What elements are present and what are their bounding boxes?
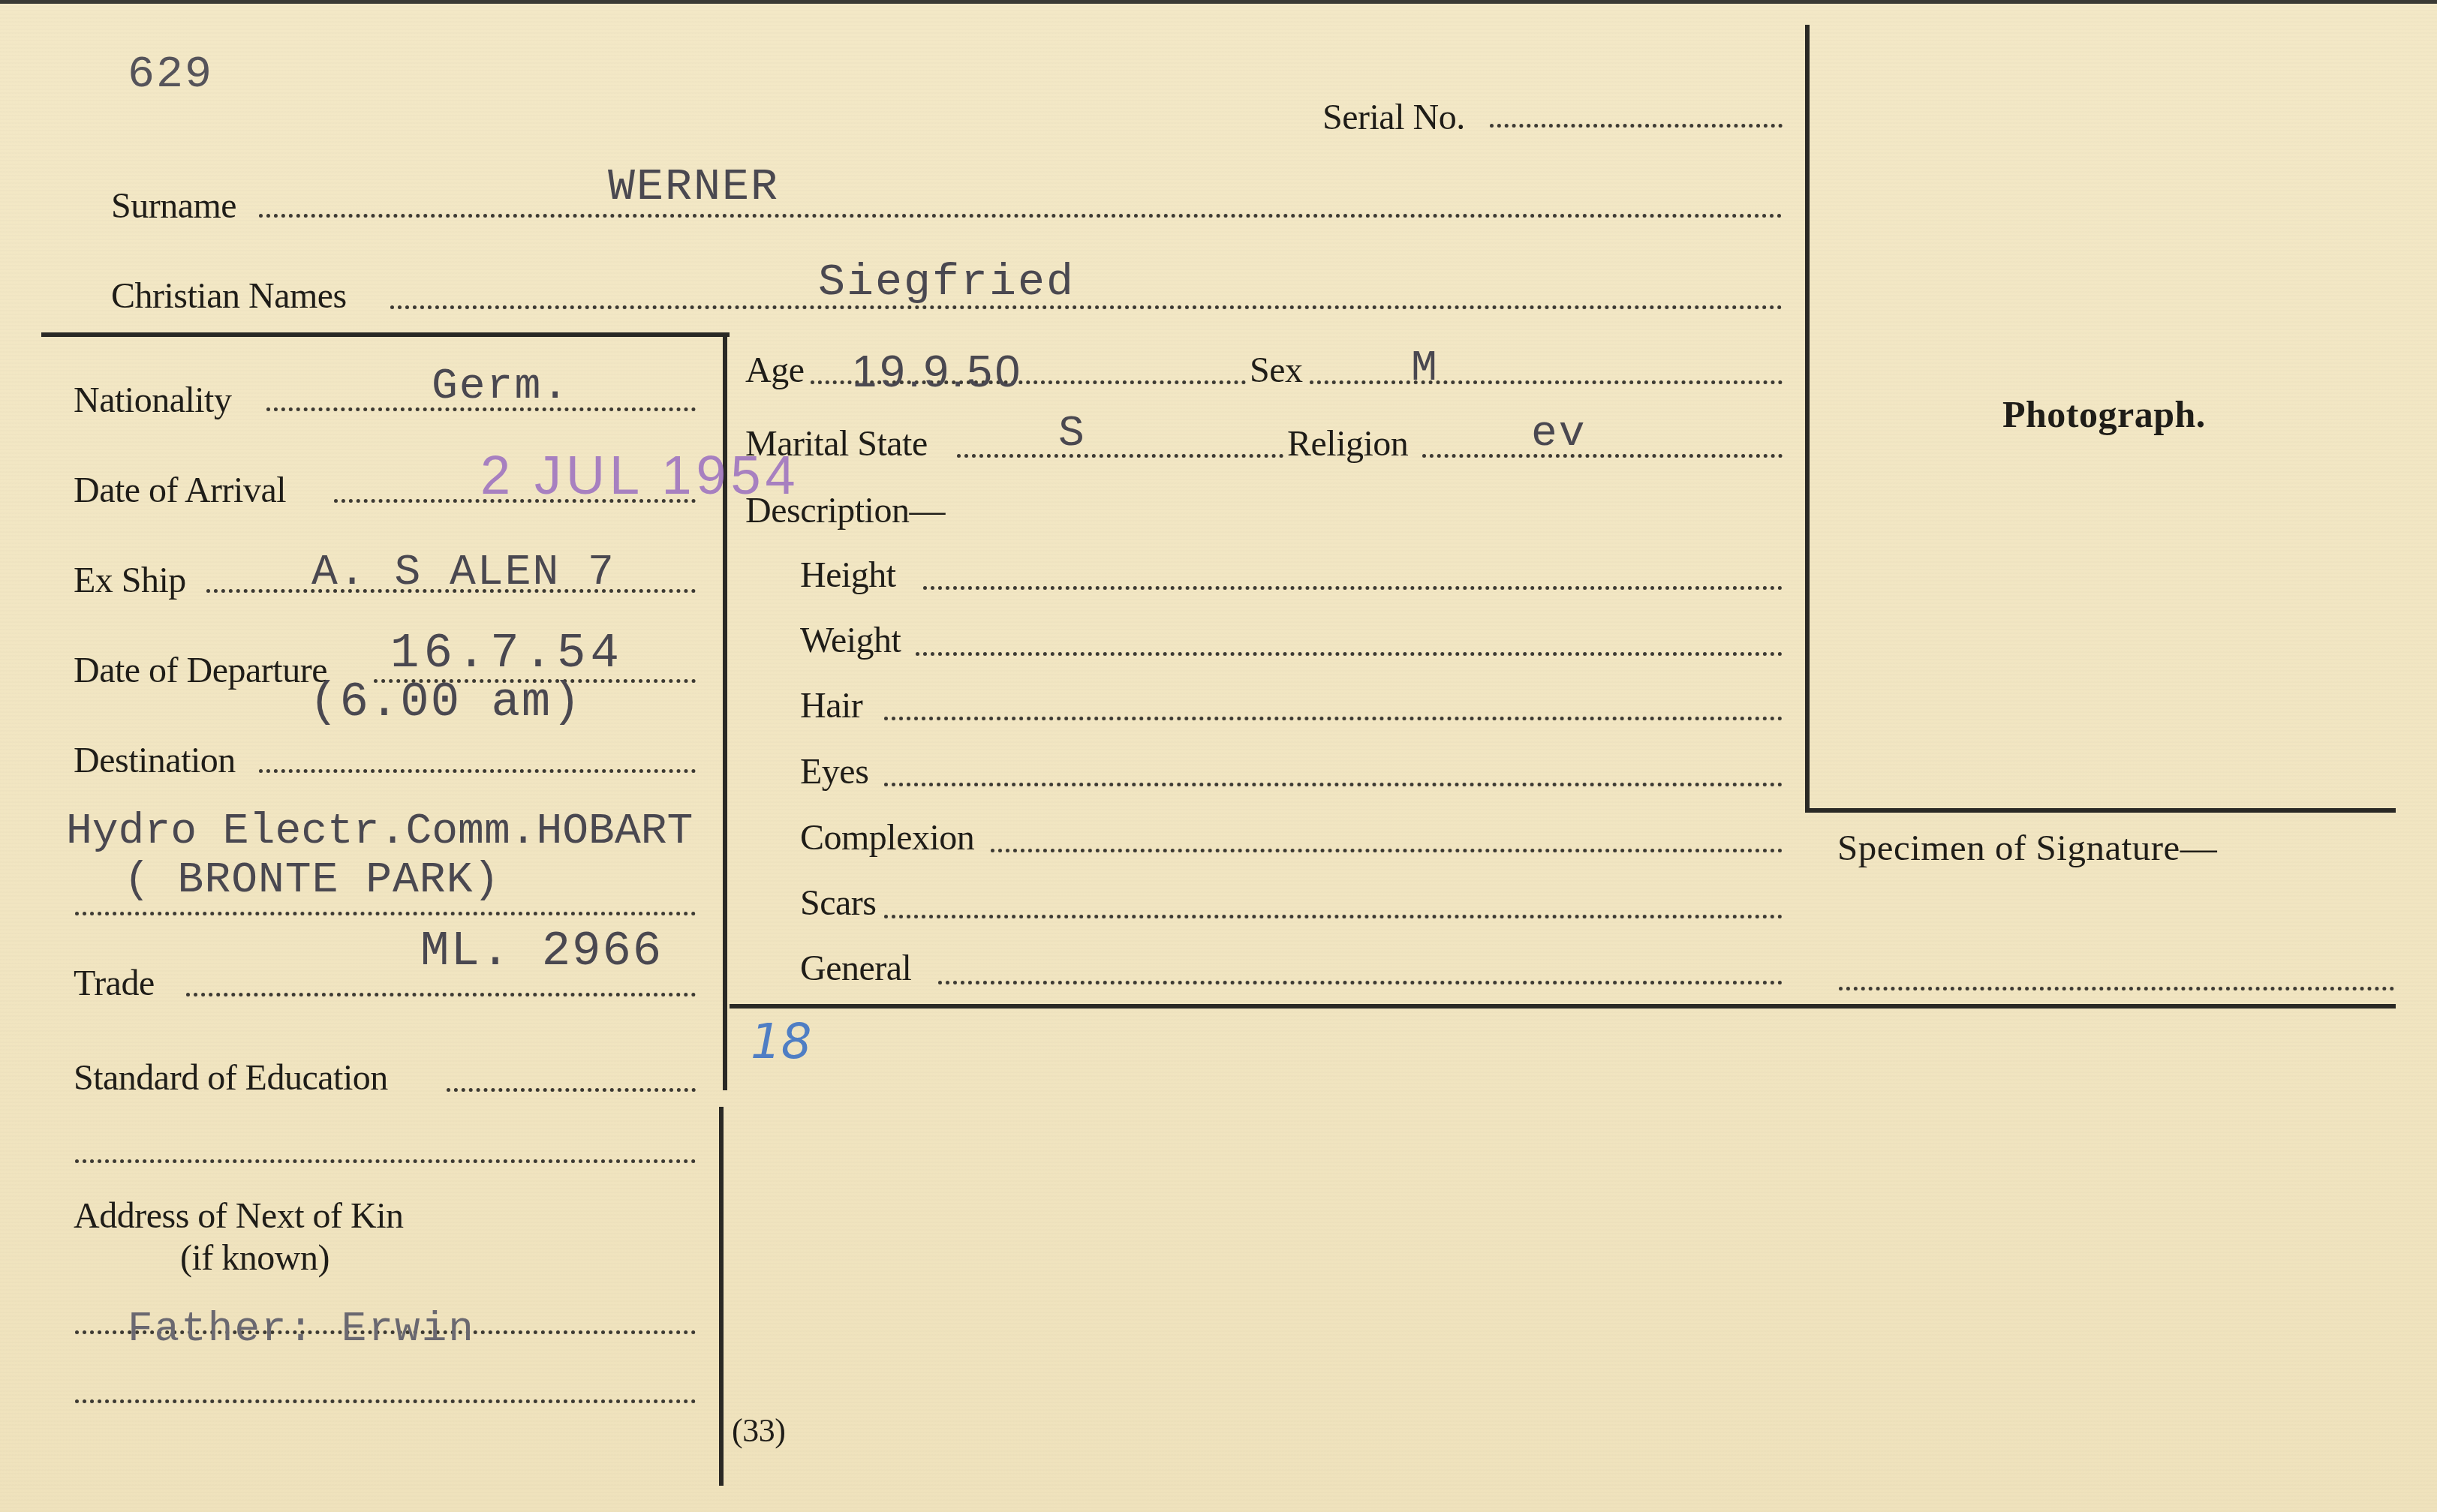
date-of-arrival-label: Date of Arrival [74, 473, 286, 509]
photo-box-bottom-border [1805, 808, 2396, 813]
signature-label: Specimen of Signature— [1837, 829, 2217, 866]
signature-field[interactable] [1839, 987, 2394, 990]
trade-label: Trade [74, 966, 155, 1002]
eyes-label: Eyes [800, 754, 868, 790]
religion-value: ev [1531, 413, 1587, 456]
general-field[interactable] [938, 981, 1783, 984]
next-of-kin-value: Father: Erwin [128, 1308, 475, 1350]
ex-ship-value: A. S ALEN 7 [311, 552, 615, 595]
next-of-kin-label: Address of Next of Kin [74, 1198, 404, 1234]
surname-label: Surname [111, 188, 236, 224]
weight-field[interactable] [916, 652, 1783, 656]
description-label: Description— [745, 493, 945, 529]
scars-field[interactable] [884, 915, 1783, 918]
form-code: (33) [732, 1414, 785, 1447]
eyes-field[interactable] [884, 783, 1783, 786]
departure-date-value: 16.7.54 [390, 630, 624, 678]
serial-no-field[interactable] [1490, 124, 1783, 128]
hair-label: Hair [800, 688, 862, 724]
date-of-departure-label: Date of Departure [74, 653, 327, 689]
christian-names-field[interactable] [390, 305, 1783, 309]
complexion-field[interactable] [991, 849, 1783, 852]
ex-ship-label: Ex Ship [74, 563, 186, 599]
education-field-line2[interactable] [75, 1159, 696, 1163]
departure-time-value: (6.00 am) [309, 679, 582, 727]
column-divider-lower [719, 1107, 724, 1486]
height-field[interactable] [923, 586, 1783, 590]
age-value: 19.9.50 [852, 349, 1023, 394]
trade-field[interactable] [186, 993, 696, 996]
destination-field[interactable] [259, 769, 696, 773]
surname-value: WERNER [608, 165, 779, 210]
sex-value: M [1411, 347, 1439, 391]
nationality-value: Germ. [432, 365, 570, 409]
complexion-label: Complexion [800, 820, 974, 856]
next-of-kin-field-line2[interactable] [75, 1399, 696, 1403]
general-label: General [800, 951, 911, 987]
migrant-registration-card: 629 Serial No. Surname WERNER Christian … [0, 0, 2437, 1512]
destination-field-line2[interactable] [75, 912, 696, 915]
photo-box-left-border [1805, 25, 1810, 813]
destination-value-line2: ( BRONTE PARK) [124, 859, 500, 903]
scars-label: Scars [800, 885, 876, 921]
section-divider-left [41, 332, 730, 337]
destination-label: Destination [74, 743, 236, 779]
surname-field[interactable] [259, 214, 1783, 218]
trade-value: ML. 2966 [420, 928, 663, 976]
education-field[interactable] [447, 1088, 696, 1092]
card-number: 629 [128, 53, 213, 98]
photograph-label: Photograph. [2002, 395, 2206, 433]
sex-label: Sex [1250, 353, 1303, 389]
marital-state-value: S [1058, 413, 1086, 456]
weight-label: Weight [800, 623, 901, 659]
description-bottom-rule [730, 1004, 2396, 1009]
height-label: Height [800, 558, 896, 594]
destination-value: Hydro Electr.Comm.HOBART [66, 810, 693, 854]
marital-state-field[interactable] [957, 454, 1283, 458]
next-of-kin-label-line2: (if known) [180, 1240, 329, 1276]
pen-annotation: 18 [751, 1018, 811, 1066]
education-label: Standard of Education [74, 1060, 388, 1096]
serial-no-label: Serial No. [1322, 100, 1465, 136]
marital-state-label: Marital State [745, 426, 928, 462]
sex-field[interactable] [1310, 380, 1783, 384]
religion-field[interactable] [1422, 454, 1783, 458]
christian-names-value: Siegfried [818, 260, 1075, 305]
nationality-label: Nationality [74, 383, 231, 419]
hair-field[interactable] [884, 717, 1783, 720]
christian-names-label: Christian Names [111, 278, 347, 314]
religion-label: Religion [1287, 426, 1408, 462]
age-label: Age [745, 353, 804, 389]
